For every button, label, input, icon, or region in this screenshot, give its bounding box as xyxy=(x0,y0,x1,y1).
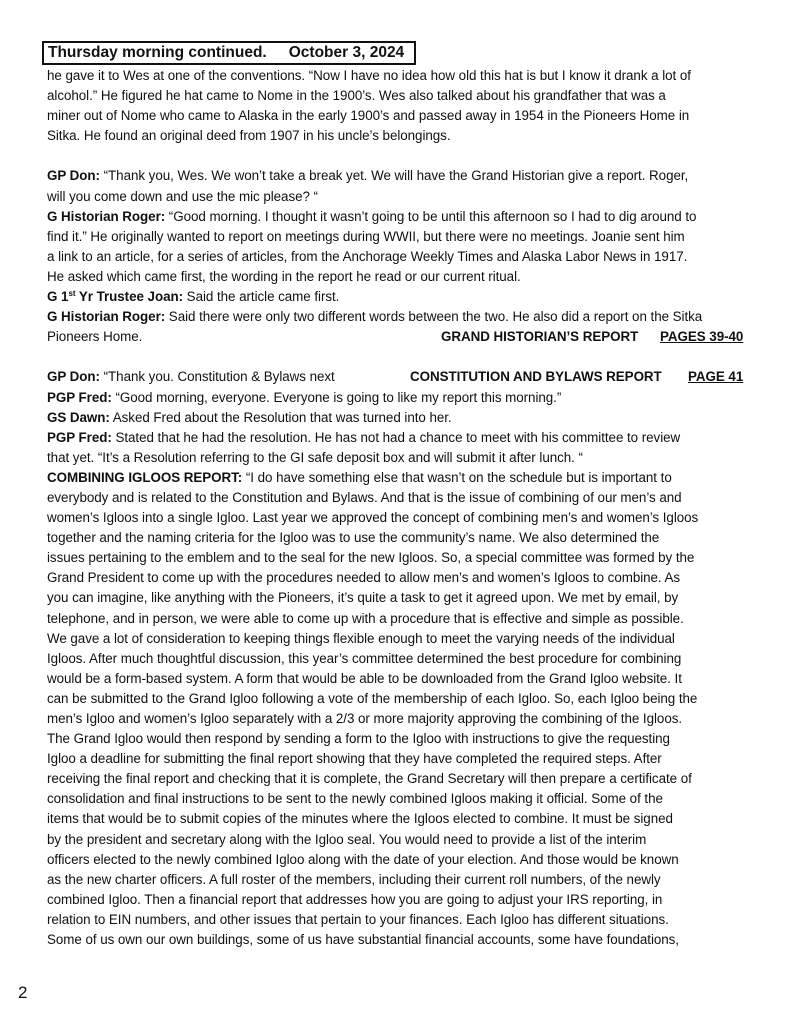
text-line: would be a form-based system. A form tha… xyxy=(47,669,747,689)
speech-text: Said the article came first. xyxy=(183,289,339,304)
text-line: as the new charter officers. A full rost… xyxy=(47,870,747,890)
speaker-label: G Historian Roger: xyxy=(47,209,165,224)
section-header-box: Thursday morning continued.October 3, 20… xyxy=(42,41,416,65)
report-reference-title: GRAND HISTORIAN’S REPORT xyxy=(441,327,638,347)
text-line: Some of us own our own buildings, some o… xyxy=(47,930,747,950)
text-line: Grand President to come up with the proc… xyxy=(47,568,747,588)
text-line: items that would be to submit copies of … xyxy=(47,809,747,829)
report-reference-pages: PAGE 41 xyxy=(688,367,743,387)
text-line: Igloos. After much thoughtful discussion… xyxy=(47,649,747,669)
page-number: 2 xyxy=(18,983,27,1003)
speaker-label: G 1st Yr Trustee Joan: xyxy=(47,289,183,304)
speech-text: “Good morning. I thought it wasn’t going… xyxy=(165,209,696,224)
speaker-label: PGP Fred: xyxy=(47,430,112,445)
report-heading: COMBINING IGLOOS REPORT: xyxy=(47,470,242,485)
speech-text: “Thank you, Wes. We won’t take a break y… xyxy=(100,168,688,183)
text-line: issues pertaining to the emblem and to t… xyxy=(47,548,747,568)
text-line: can be submitted to the Grand Igloo foll… xyxy=(47,689,747,709)
text-line: We gave a lot of consideration to keepin… xyxy=(47,629,747,649)
speech-text: “Good morning, everyone. Everyone is goi… xyxy=(112,390,561,405)
speaker-label-prefix: G 1 xyxy=(47,289,68,304)
text-line: relation to EIN numbers, and other issue… xyxy=(47,910,747,930)
text-line: miner out of Nome who came to Alaska in … xyxy=(47,106,747,126)
document-page: Thursday morning continued.October 3, 20… xyxy=(0,0,790,1022)
speaker-label: G Historian Roger: xyxy=(47,309,165,324)
text-line: telephone, and in person, we were able t… xyxy=(47,609,747,629)
speaker-line: G 1st Yr Trustee Joan: Said the article … xyxy=(47,287,747,307)
speaker-line: G Historian Roger: “Good morning. I thou… xyxy=(47,207,747,227)
text-line: will you come down and use the mic pleas… xyxy=(47,187,747,207)
text-line: The Grand Igloo would then respond by se… xyxy=(47,729,747,749)
speaker-line: G Historian Roger: Said there were only … xyxy=(47,307,747,327)
text-line: together and the naming criteria for the… xyxy=(47,528,747,548)
section-date: October 3, 2024 xyxy=(289,44,404,61)
speech-text: “I do have something else that wasn’t on… xyxy=(242,470,672,485)
text-line: women’s Igloos into a single Igloo. Last… xyxy=(47,508,747,528)
text-line: you can imagine, like anything with the … xyxy=(47,588,747,608)
text-line: Pioneers Home. xyxy=(47,329,142,344)
speaker-label: PGP Fred: xyxy=(47,390,112,405)
section-title: Thursday morning continued. xyxy=(48,44,267,61)
speaker-line: COMBINING IGLOOS REPORT: “I do have some… xyxy=(47,468,747,488)
speaker-line: PGP Fred: Stated that he had the resolut… xyxy=(47,428,747,448)
text-line: consolidation and final instructions to … xyxy=(47,789,747,809)
speaker-label: GP Don: xyxy=(47,168,100,183)
text-line: everybody and is related to the Constitu… xyxy=(47,488,747,508)
text-line: a link to an article, for a series of ar… xyxy=(47,247,747,267)
text-line: receiving the final report and checking … xyxy=(47,769,747,789)
text-line: He asked which came first, the wording i… xyxy=(47,267,747,287)
speech-text: Asked Fred about the Resolution that was… xyxy=(110,410,452,425)
speaker-label: GP Don: xyxy=(47,369,100,384)
text-line: men’s Igloo and women’s Igloo separately… xyxy=(47,709,747,729)
report-reference-title: CONSTITUTION AND BYLAWS REPORT xyxy=(410,367,662,387)
document-body: he gave it to Wes at one of the conventi… xyxy=(47,66,747,950)
text-line: that yet. “It’s a Resolution referring t… xyxy=(47,448,747,468)
text-line: find it.” He originally wanted to report… xyxy=(47,227,747,247)
report-reference-pages: PAGES 39-40 xyxy=(660,327,743,347)
text-line: officers elected to the newly combined I… xyxy=(47,850,747,870)
speaker-label: GS Dawn: xyxy=(47,410,110,425)
paragraph-spacer xyxy=(47,146,747,166)
paragraph-spacer xyxy=(47,347,747,367)
text-line: he gave it to Wes at one of the conventi… xyxy=(47,66,747,86)
text-line: alcohol.” He figured he hat came to Nome… xyxy=(47,86,747,106)
speaker-line-with-reference: GP Don: “Thank you. Constitution & Bylaw… xyxy=(47,367,747,387)
speaker-line: GS Dawn: Asked Fred about the Resolution… xyxy=(47,408,747,428)
text-line: Sitka. He found an original deed from 19… xyxy=(47,126,747,146)
text-line: by the president and secretary along wit… xyxy=(47,830,747,850)
text-line-with-reference: Pioneers Home. GRAND HISTORIAN’S REPORT … xyxy=(47,327,747,347)
speaker-line: PGP Fred: “Good morning, everyone. Every… xyxy=(47,388,747,408)
speech-text: Said there were only two different words… xyxy=(165,309,702,324)
speech-text: “Thank you. Constitution & Bylaws next xyxy=(100,369,335,384)
text-line: combined Igloo. Then a financial report … xyxy=(47,890,747,910)
speaker-line: GP Don: “Thank you, Wes. We won’t take a… xyxy=(47,166,747,186)
speaker-label-suffix: Yr Trustee Joan: xyxy=(75,289,183,304)
text-line: Igloo a deadline for submitting the fina… xyxy=(47,749,747,769)
speech-text: Stated that he had the resolution. He ha… xyxy=(112,430,680,445)
